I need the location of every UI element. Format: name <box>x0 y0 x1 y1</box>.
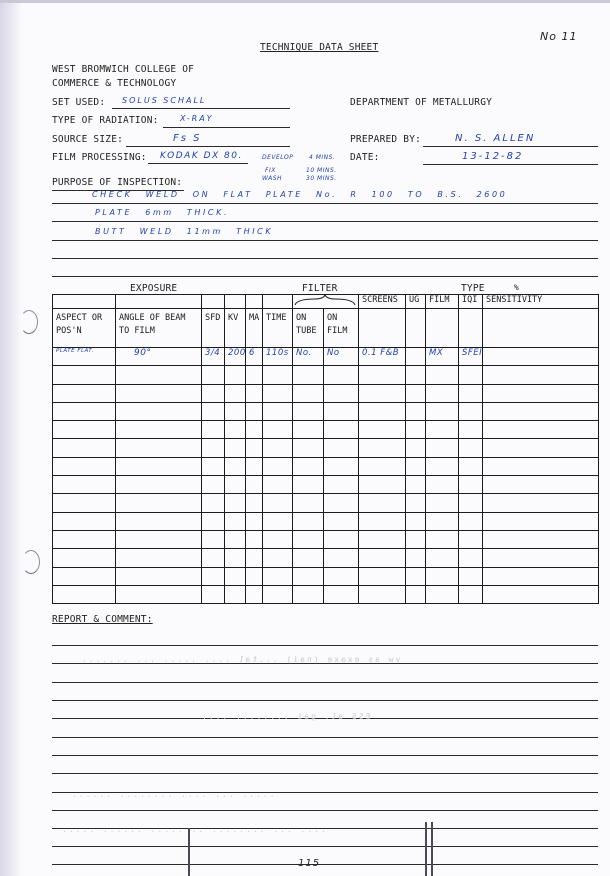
cell-time[interactable] <box>263 530 293 548</box>
cell-ug[interactable] <box>406 457 426 475</box>
cell-on-film[interactable] <box>324 402 359 420</box>
prepared-by-underline <box>423 146 598 147</box>
cell-sensitivity[interactable] <box>483 439 599 457</box>
cell-film[interactable] <box>426 402 459 420</box>
cell-angle[interactable] <box>116 494 202 512</box>
header-blank <box>246 295 263 309</box>
radiation-value[interactable]: X-RAY <box>180 114 214 123</box>
cell-ug[interactable] <box>406 567 426 585</box>
cell-on-film[interactable] <box>324 530 359 548</box>
cell-time[interactable] <box>263 366 293 384</box>
cell-film[interactable] <box>426 366 459 384</box>
date-underline <box>423 164 598 165</box>
cell-time[interactable] <box>263 494 293 512</box>
cell-kv[interactable] <box>225 530 246 548</box>
cell-screens[interactable] <box>359 476 406 494</box>
header-blank <box>53 295 116 309</box>
screens-blank <box>359 309 406 348</box>
cell-on-film[interactable] <box>324 494 359 512</box>
cell-kv[interactable] <box>225 585 246 603</box>
cell-kv[interactable] <box>225 512 246 530</box>
cell-angle[interactable] <box>116 439 202 457</box>
cell-film[interactable] <box>426 549 459 567</box>
binder-hole-bottom <box>22 550 40 574</box>
cell-iqi[interactable] <box>459 567 483 585</box>
report-rule <box>52 682 598 683</box>
cell-ug[interactable] <box>406 512 426 530</box>
cell-aspect[interactable] <box>53 402 116 420</box>
cell-time[interactable] <box>263 402 293 420</box>
cell-on-film[interactable] <box>324 366 359 384</box>
cell-aspect[interactable] <box>53 457 116 475</box>
cell-time[interactable] <box>263 585 293 603</box>
sheet-number: No 11 <box>540 30 577 43</box>
cell-ug[interactable] <box>406 439 426 457</box>
cell-ma[interactable] <box>246 549 263 567</box>
film-processing-value[interactable]: KODAK DX 80. <box>160 151 243 161</box>
cell-ma[interactable] <box>246 457 263 475</box>
report-label: REPORT & COMMENT: <box>52 614 153 625</box>
cell-on-film[interactable] <box>324 384 359 402</box>
cell-ug[interactable] <box>406 421 426 439</box>
cell-ma[interactable] <box>246 512 263 530</box>
cell-sfd[interactable] <box>202 585 225 603</box>
report-rule <box>52 773 598 774</box>
table-row <box>53 512 599 530</box>
cell-kv[interactable] <box>225 366 246 384</box>
cell-ma[interactable] <box>246 567 263 585</box>
cell-film[interactable] <box>426 457 459 475</box>
cell-screens[interactable] <box>359 457 406 475</box>
cell-film[interactable]: MX <box>426 348 459 366</box>
report-rule <box>52 700 598 701</box>
cell-on-tube[interactable] <box>293 439 324 457</box>
cell-iqi[interactable] <box>459 585 483 603</box>
cell-kv[interactable] <box>225 439 246 457</box>
film-processing-underline <box>148 163 248 164</box>
table-row <box>53 530 599 548</box>
show-through-text: .... ... ........ .. ..... ...... ..... <box>60 825 326 834</box>
cell-film[interactable] <box>426 421 459 439</box>
cell-aspect[interactable] <box>53 549 116 567</box>
cell-screens[interactable] <box>359 549 406 567</box>
table-row <box>53 567 599 585</box>
cell-on-tube[interactable] <box>293 530 324 548</box>
purpose-line-2[interactable]: PLATE 6mm THICK. <box>95 208 229 217</box>
cell-kv[interactable] <box>225 402 246 420</box>
set-used-underline <box>112 108 290 109</box>
cell-kv[interactable] <box>225 494 246 512</box>
col-sensitivity: SENSITIVITY <box>483 295 599 309</box>
cell-iqi[interactable] <box>459 476 483 494</box>
cell-sensitivity[interactable] <box>483 585 599 603</box>
cell-iqi[interactable] <box>459 494 483 512</box>
col-iqi: IQI <box>459 295 483 309</box>
sensitivity-blank <box>483 309 599 348</box>
cell-screens[interactable] <box>359 439 406 457</box>
cell-ma[interactable] <box>246 476 263 494</box>
cell-on-tube[interactable]: No. <box>293 348 324 366</box>
cell-time[interactable] <box>263 457 293 475</box>
cell-iqi[interactable] <box>459 439 483 457</box>
cell-iqi[interactable] <box>459 549 483 567</box>
prepared-by-label: PREPARED BY: <box>350 134 421 145</box>
cell-sfd[interactable]: 3/4 <box>202 348 225 366</box>
cell-sfd[interactable] <box>202 366 225 384</box>
cell-aspect[interactable] <box>53 585 116 603</box>
purpose-rule-2 <box>52 221 598 222</box>
cell-ma[interactable] <box>246 494 263 512</box>
cell-time[interactable] <box>263 567 293 585</box>
cell-ug[interactable] <box>406 348 426 366</box>
cell-ug[interactable] <box>406 402 426 420</box>
purpose-rule-5 <box>52 276 598 277</box>
exposure-table: SCREENS UG FILM IQI SENSITIVITY ASPECT O… <box>52 294 599 604</box>
table-row <box>53 549 599 567</box>
header-blank <box>263 295 293 309</box>
exposure-group-label: EXPOSURE <box>130 283 177 294</box>
date-value[interactable]: 13-12-82 <box>462 151 523 162</box>
cell-screens[interactable] <box>359 421 406 439</box>
cell-ma[interactable] <box>246 402 263 420</box>
cell-on-film[interactable] <box>324 549 359 567</box>
cell-film[interactable] <box>426 439 459 457</box>
cell-aspect[interactable] <box>53 494 116 512</box>
cell-ug[interactable] <box>406 476 426 494</box>
table-row <box>53 421 599 439</box>
cell-kv[interactable] <box>225 549 246 567</box>
cell-film[interactable] <box>426 476 459 494</box>
cell-angle[interactable]: 90° <box>116 348 202 366</box>
header-blank <box>116 295 202 309</box>
iqi-blank <box>459 309 483 348</box>
set-used-value[interactable]: SOLUS SCHALL <box>122 96 206 105</box>
fix-step: FIX <box>265 167 276 174</box>
show-through-text: ESS al. gai ........ .... <box>200 712 370 721</box>
cell-sensitivity[interactable] <box>483 549 599 567</box>
cell-sensitivity[interactable] <box>483 567 599 585</box>
date-label: DATE: <box>350 152 380 163</box>
cell-angle[interactable] <box>116 567 202 585</box>
cell-kv[interactable] <box>225 567 246 585</box>
table-header-row-2: ASPECT OR POS'N ANGLE OF BEAM TO FILM SF… <box>53 309 599 348</box>
paper-edge-shadow <box>0 0 22 876</box>
cell-iqi[interactable] <box>459 512 483 530</box>
source-size-label: SOURCE SIZE: <box>52 134 123 145</box>
fix-time: 10 MINS. <box>306 167 337 174</box>
col-kv: KV <box>225 309 246 348</box>
cell-on-film[interactable] <box>324 476 359 494</box>
report-rule <box>52 737 598 738</box>
cell-on-film[interactable] <box>324 457 359 475</box>
report-rule <box>52 864 598 865</box>
purpose-line-1[interactable]: CHECK WELD ON FLAT PLATE No. R 100 TO B.… <box>92 190 507 199</box>
cell-time[interactable]: 110s <box>263 348 293 366</box>
binder-hole-top <box>20 310 38 334</box>
col-on-tube: ON TUBE <box>293 309 324 348</box>
cell-time[interactable] <box>263 384 293 402</box>
cell-ma[interactable] <box>246 421 263 439</box>
cell-screens[interactable] <box>359 512 406 530</box>
cell-on-tube[interactable] <box>293 476 324 494</box>
cell-aspect[interactable] <box>53 366 116 384</box>
cell-aspect[interactable] <box>53 476 116 494</box>
cell-screens[interactable]: 0.1 F&B <box>359 348 406 366</box>
cell-sfd[interactable] <box>202 549 225 567</box>
binding-mark <box>425 822 427 876</box>
develop-time: 4 MINS. <box>309 154 335 161</box>
col-film: FILM <box>426 295 459 309</box>
cell-aspect[interactable] <box>53 439 116 457</box>
cell-sfd[interactable] <box>202 457 225 475</box>
cell-sfd[interactable] <box>202 512 225 530</box>
cell-aspect[interactable]: PLATE FLAT. <box>53 348 116 366</box>
cell-ma[interactable]: 6 <box>246 348 263 366</box>
scan-top-edge <box>0 0 610 3</box>
cell-iqi[interactable] <box>459 530 483 548</box>
cell-ma[interactable] <box>246 439 263 457</box>
cell-ug[interactable] <box>406 585 426 603</box>
cell-on-tube[interactable] <box>293 366 324 384</box>
cell-ma[interactable] <box>246 384 263 402</box>
cell-aspect[interactable] <box>53 421 116 439</box>
source-size-value[interactable]: Fs S <box>173 133 202 144</box>
purpose-rule-4 <box>52 258 598 259</box>
cell-film[interactable] <box>426 494 459 512</box>
col-angle: ANGLE OF BEAM TO FILM <box>116 309 202 348</box>
cell-time[interactable] <box>263 549 293 567</box>
cell-on-tube[interactable] <box>293 567 324 585</box>
cell-on-film[interactable] <box>324 439 359 457</box>
cell-film[interactable] <box>426 585 459 603</box>
cell-film[interactable] <box>426 530 459 548</box>
set-used-label: SET USED: <box>52 97 105 108</box>
cell-on-film[interactable] <box>324 585 359 603</box>
cell-on-tube[interactable] <box>293 512 324 530</box>
radiation-label: TYPE OF RADIATION: <box>52 115 159 126</box>
department-label: DEPARTMENT OF METALLURGY <box>350 97 492 108</box>
cell-sfd[interactable] <box>202 402 225 420</box>
table-row <box>53 384 599 402</box>
cell-sfd[interactable] <box>202 421 225 439</box>
cell-aspect[interactable] <box>53 384 116 402</box>
binding-mark <box>431 822 433 876</box>
cell-kv[interactable]: 200 <box>225 348 246 366</box>
cell-sensitivity[interactable] <box>483 366 599 384</box>
cell-sensitivity[interactable] <box>483 457 599 475</box>
wash-time: 30 MINS. <box>306 175 337 182</box>
table-row <box>53 494 599 512</box>
cell-time[interactable] <box>263 476 293 494</box>
cell-on-tube[interactable] <box>293 585 324 603</box>
purpose-label: PURPOSE OF INSPECTION: <box>52 177 182 188</box>
cell-on-film[interactable] <box>324 421 359 439</box>
table-row <box>53 366 599 384</box>
table-header-row-1: SCREENS UG FILM IQI SENSITIVITY <box>53 295 599 309</box>
cell-iqi[interactable] <box>459 457 483 475</box>
table-row <box>53 402 599 420</box>
col-ug: UG <box>406 295 426 309</box>
cell-angle[interactable] <box>116 585 202 603</box>
cell-on-tube[interactable] <box>293 384 324 402</box>
cell-angle[interactable] <box>116 421 202 439</box>
header-blank <box>202 295 225 309</box>
cell-on-film[interactable] <box>324 512 359 530</box>
cell-angle[interactable] <box>116 549 202 567</box>
cell-sensitivity[interactable] <box>483 530 599 548</box>
cell-kv[interactable] <box>225 457 246 475</box>
header-blank <box>225 295 246 309</box>
cell-time[interactable] <box>263 421 293 439</box>
table-row <box>53 439 599 457</box>
purpose-line-3[interactable]: BUTT WELD 11mm THICK <box>95 227 273 236</box>
cell-film[interactable] <box>426 567 459 585</box>
cell-sensitivity[interactable] <box>483 402 599 420</box>
report-rule <box>52 810 598 811</box>
cell-screens[interactable] <box>359 402 406 420</box>
binding-mark <box>188 828 190 876</box>
report-rule <box>52 755 598 756</box>
cell-on-film[interactable]: No <box>324 348 359 366</box>
cell-angle[interactable] <box>116 384 202 402</box>
wash-step: WASH <box>262 175 282 182</box>
col-time: TIME <box>263 309 293 348</box>
col-screens: SCREENS <box>359 295 406 309</box>
cell-time[interactable] <box>263 512 293 530</box>
cell-ug[interactable] <box>406 494 426 512</box>
cell-angle[interactable] <box>116 512 202 530</box>
cell-sensitivity[interactable] <box>483 384 599 402</box>
cell-on-tube[interactable] <box>293 402 324 420</box>
institution-line-2: COMMERCE & TECHNOLOGY <box>52 78 176 89</box>
cell-angle[interactable] <box>116 530 202 548</box>
table-row: PLATE FLAT.90°3/42006110sNo.No0.1 F&BMXS… <box>53 348 599 366</box>
cell-kv[interactable] <box>225 476 246 494</box>
cell-on-film[interactable] <box>324 567 359 585</box>
cell-sfd[interactable] <box>202 476 225 494</box>
cell-on-tube[interactable] <box>293 457 324 475</box>
cell-screens[interactable] <box>359 530 406 548</box>
cell-ma[interactable] <box>246 366 263 384</box>
film-blank <box>426 309 459 348</box>
cell-on-tube[interactable] <box>293 421 324 439</box>
col-on-film: ON FILM <box>324 309 359 348</box>
cell-on-tube[interactable] <box>293 549 324 567</box>
cell-ug[interactable] <box>406 549 426 567</box>
cell-kv[interactable] <box>225 384 246 402</box>
cell-aspect[interactable] <box>53 567 116 585</box>
show-through-text: ..... ... .... ........ ...... <box>70 790 275 799</box>
film-processing-label: FILM PROCESSING: <box>52 152 147 163</box>
purpose-rule-1 <box>52 203 598 204</box>
report-rule <box>52 846 598 847</box>
cell-iqi[interactable]: SFEIS <box>459 348 483 366</box>
cell-ug[interactable] <box>406 530 426 548</box>
cell-sensitivity[interactable] <box>483 494 599 512</box>
filter-group-label: FILTER <box>302 283 338 294</box>
show-through-text: vw as exaxe (nai) ...tal .... ..... ... … <box>80 655 400 664</box>
cell-sensitivity[interactable] <box>483 348 599 366</box>
cell-sfd[interactable] <box>202 567 225 585</box>
cell-iqi[interactable] <box>459 402 483 420</box>
ug-blank <box>406 309 426 348</box>
cell-kv[interactable] <box>225 421 246 439</box>
cell-screens[interactable] <box>359 384 406 402</box>
report-rule <box>52 645 598 646</box>
col-ma: MA <box>246 309 263 348</box>
percent-mark: % <box>514 283 519 292</box>
cell-aspect[interactable] <box>53 512 116 530</box>
col-aspect: ASPECT OR POS'N <box>53 309 116 348</box>
cell-sfd[interactable] <box>202 530 225 548</box>
cell-screens[interactable] <box>359 585 406 603</box>
cell-sensitivity[interactable] <box>483 476 599 494</box>
type-group-label: TYPE <box>461 283 485 294</box>
cell-film[interactable] <box>426 512 459 530</box>
cell-iqi[interactable] <box>459 421 483 439</box>
table-row <box>53 476 599 494</box>
cell-ma[interactable] <box>246 530 263 548</box>
cell-ma[interactable] <box>246 585 263 603</box>
page-number: 115 <box>298 858 320 869</box>
cell-time[interactable] <box>263 439 293 457</box>
document-title: TECHNIQUE DATA SHEET <box>260 42 378 53</box>
cell-ug[interactable] <box>406 366 426 384</box>
cell-iqi[interactable] <box>459 366 483 384</box>
cell-aspect[interactable] <box>53 530 116 548</box>
cell-sensitivity[interactable] <box>483 512 599 530</box>
purpose-rule-3 <box>52 240 598 241</box>
develop-step: DEVELOP <box>262 154 293 161</box>
cell-iqi[interactable] <box>459 384 483 402</box>
cell-angle[interactable] <box>116 476 202 494</box>
cell-screens[interactable] <box>359 567 406 585</box>
cell-film[interactable] <box>426 384 459 402</box>
cell-angle[interactable] <box>116 366 202 384</box>
table-row <box>53 457 599 475</box>
col-sfd: SFD <box>202 309 225 348</box>
filter-header-cell <box>293 295 359 309</box>
source-size-underline <box>126 146 290 147</box>
cell-angle[interactable] <box>116 402 202 420</box>
cell-screens[interactable] <box>359 366 406 384</box>
cell-sfd[interactable] <box>202 384 225 402</box>
institution-line-1: WEST BROMWICH COLLEGE OF <box>52 64 194 75</box>
cell-on-tube[interactable] <box>293 494 324 512</box>
cell-sfd[interactable] <box>202 494 225 512</box>
prepared-by-value[interactable]: N. S. ALLEN <box>455 133 535 144</box>
radiation-underline <box>163 127 290 128</box>
cell-angle[interactable] <box>116 457 202 475</box>
cell-sfd[interactable] <box>202 439 225 457</box>
cell-sensitivity[interactable] <box>483 421 599 439</box>
cell-ug[interactable] <box>406 384 426 402</box>
table-row <box>53 585 599 603</box>
cell-screens[interactable] <box>359 494 406 512</box>
